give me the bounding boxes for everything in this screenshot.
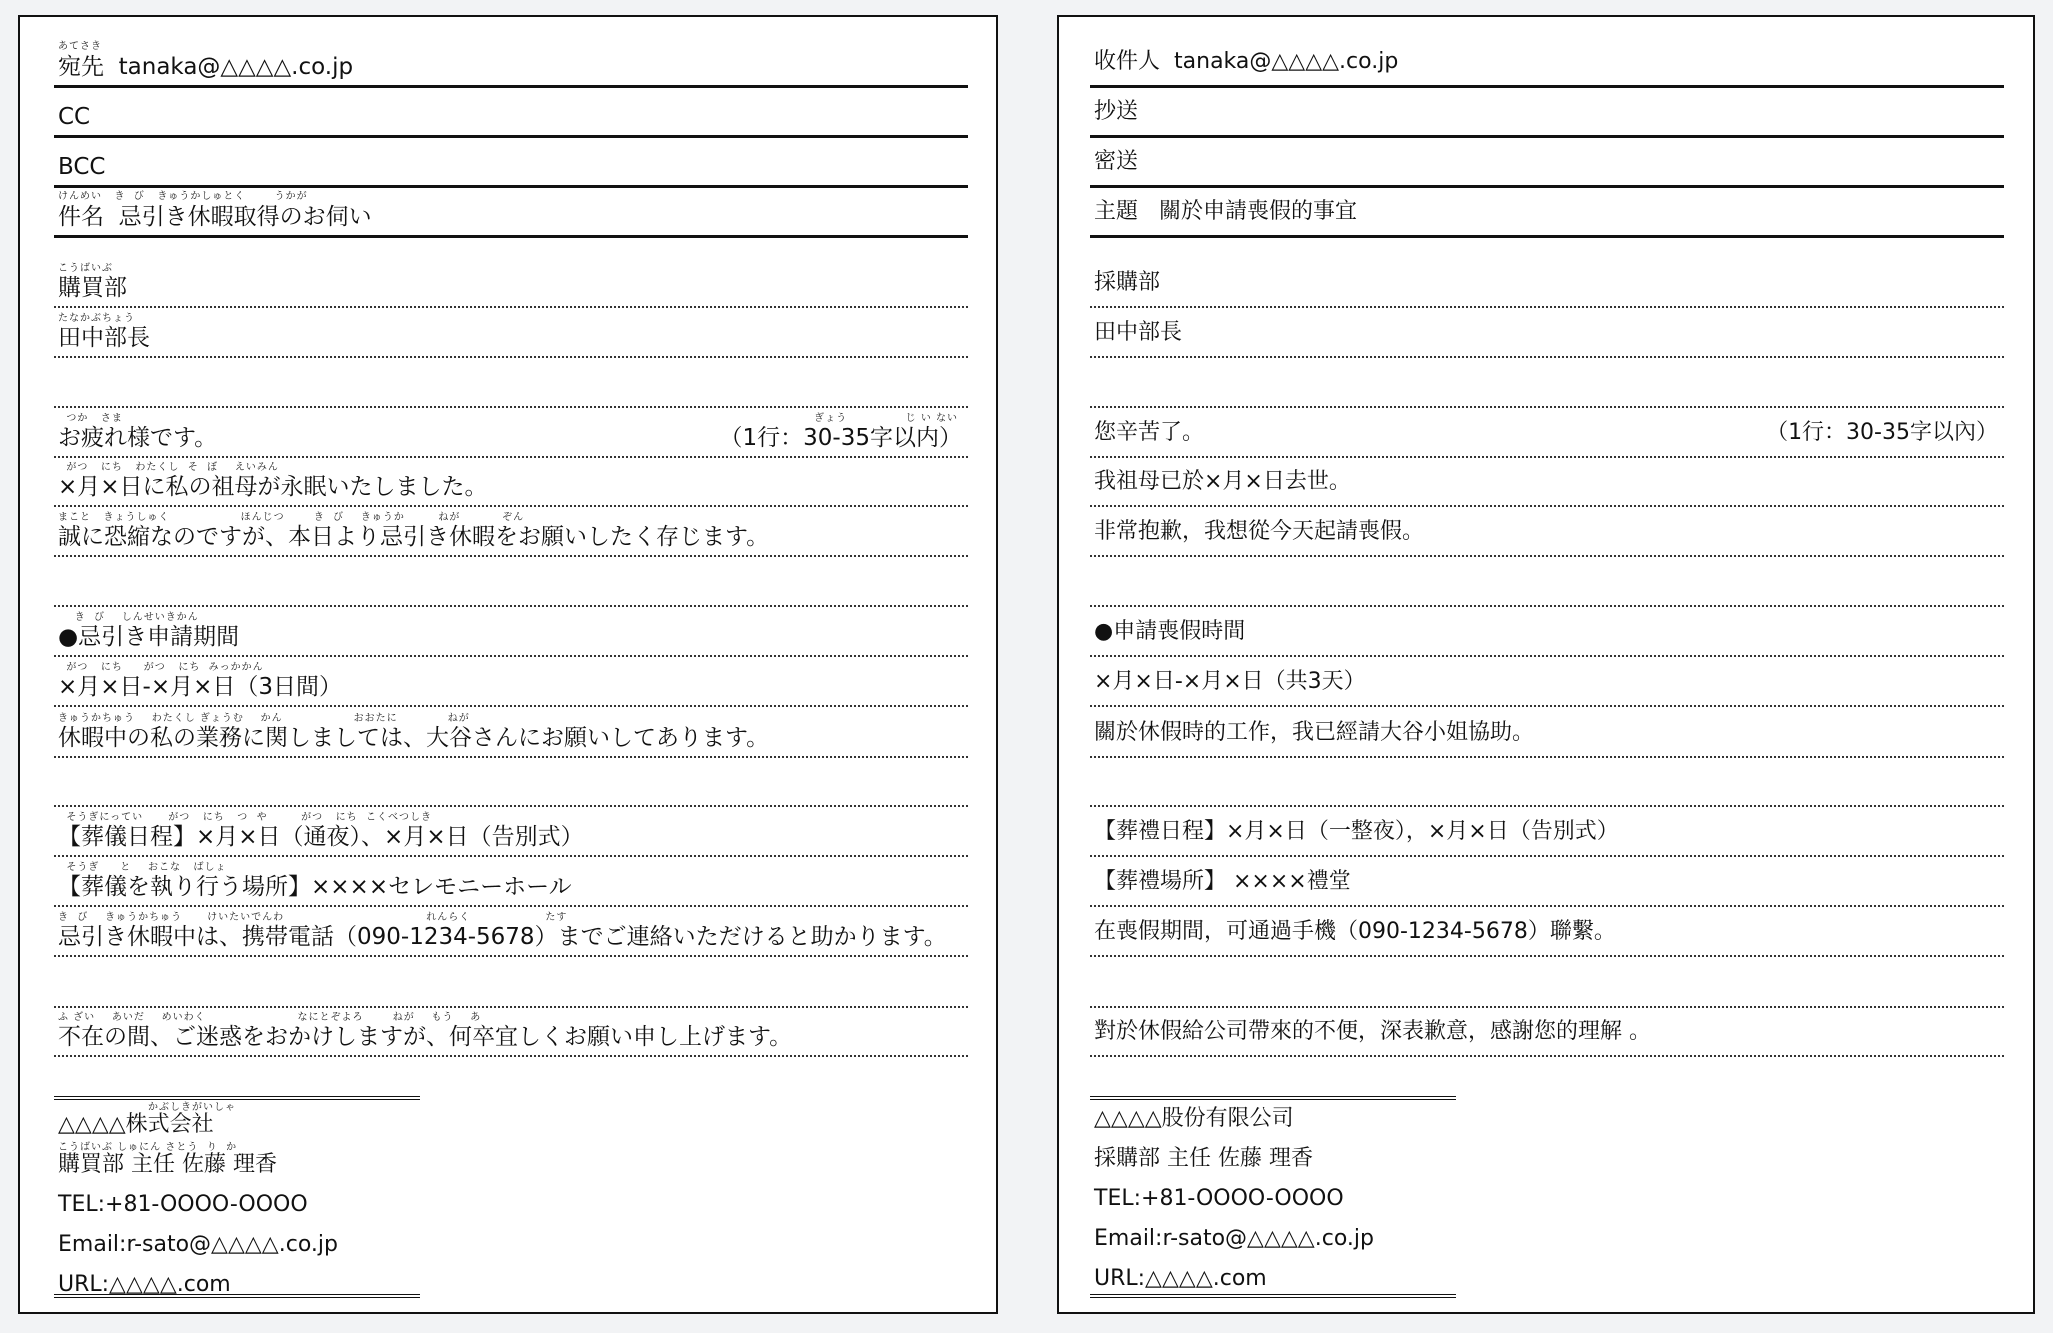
- body-text: 【葬禮日程】×月×日（一整夜），×月×日（告別式）: [1094, 819, 1619, 845]
- section-heading-leave-period: ●忌引き申請期間: [58, 624, 239, 650]
- bcc-field-row: BCC: [54, 138, 968, 188]
- body-line-8: ●申請喪假時間: [1090, 607, 2004, 657]
- body-line-8: き び しんせいきかん ●忌引き申請期間: [54, 607, 968, 657]
- to-value: tanaka@△△△△.co.jp: [1174, 49, 1398, 74]
- signature-company: △△△△株式会社: [58, 1112, 214, 1138]
- body-ruby: こうばいぶ: [58, 263, 113, 274]
- japanese-email-template: あてさき 宛先 tanaka@△△△△.co.jp CC BCC けんめい き …: [18, 15, 998, 1314]
- body-text: 【葬儀日程】×月×日（通夜）、×月×日（告別式）: [58, 824, 584, 850]
- body-text: ×月×日-×月×日（3日間）: [58, 674, 342, 700]
- body-ruby: き び きゅうかちゅう けいたいでんわ れんらく たす: [58, 912, 567, 923]
- chinese-email-template: 收件人 tanaka@△△△△.co.jp 抄送 密送 主題 關於申請喪假的事宜…: [1057, 15, 2035, 1314]
- body-line-10: 關於休假時的工作，我已經請大谷小姐協助。: [1090, 708, 2004, 758]
- body-text: 在喪假期間，可通過手機（090-1234-5678）聯繫。: [1094, 919, 1616, 945]
- bcc-label: BCC: [58, 154, 106, 180]
- line-limit-note: （1行：30-35字以内）: [720, 425, 962, 451]
- body-line-1: 採購部: [1090, 258, 2004, 308]
- body-line-10: きゅうかちゅう わたくし ぎょうむ かん おおたに ねが 休暇中の私の業務に関し…: [54, 708, 968, 758]
- signature-tel: TEL:+81-OOOO-OOOO: [1094, 1186, 1344, 1212]
- body-text: お疲れ様です。: [58, 425, 217, 451]
- body-text: 不在の間、ご迷惑をおかけしますが、何卒宜しくお願い申し上げます。: [58, 1024, 792, 1050]
- body-line-9: がつ にち がつ にち みっかかん ×月×日-×月×日（3日間）: [54, 657, 968, 707]
- body-line-13: 【葬禮場所】 ××××禮堂: [1090, 857, 2004, 907]
- signature-name: 購買部 主任 佐藤 理香: [58, 1152, 277, 1178]
- body-line-13: そうぎ と おこな ばしょ 【葬儀を執り行う場所】××××セレモニーホール: [54, 857, 968, 907]
- line-limit-note-ruby: ぎょう じ い ない: [814, 413, 958, 424]
- body-text: 我祖母已於×月×日去世。: [1094, 469, 1351, 495]
- body-text: 【葬儀を執り行う場所】××××セレモニーホール: [58, 874, 572, 900]
- body-line-11: [54, 757, 968, 807]
- body-line-5: がつ にち わたくし そ ぼ えいみん ×月×日に私の祖母が永眠いたしました。: [54, 457, 968, 507]
- section-heading-leave-period: ●申請喪假時間: [1094, 619, 1245, 645]
- body-text: 誠に恐縮なのですが、本日より忌引き休暇をお願いしたく存じます。: [58, 524, 769, 550]
- body-line-7: [54, 557, 968, 607]
- signature-block: △△△△股份有限公司 採購部 主任 佐藤 理香 TEL:+81-OOOO-OOO…: [1090, 1096, 1456, 1298]
- body-line-7: [1090, 557, 2004, 607]
- signature-name: 採購部 主任 佐藤 理香: [1094, 1146, 1313, 1172]
- body-line-15: [54, 958, 968, 1008]
- body-line-16: 對於休假給公司帶來的不便，深表歉意，感謝您的理解 。: [1090, 1007, 2004, 1057]
- subject-field-row: 主題 關於申請喪假的事宜: [1090, 188, 2004, 238]
- subject-label: 件名: [58, 204, 104, 230]
- cc-label: CC: [58, 104, 90, 130]
- body-line-14: 在喪假期間，可通過手機（090-1234-5678）聯繫。: [1090, 907, 2004, 957]
- to-label-ruby: あてさき: [58, 41, 102, 52]
- body-text: 休暇中の私の業務に関しましては、大谷さんにお願いしてあります。: [58, 725, 769, 751]
- body-ruby: つか さま: [58, 413, 123, 424]
- body-text: 關於休假時的工作，我已經請大谷小姐協助。: [1094, 720, 1534, 746]
- signature-url: URL:△△△△.com: [58, 1272, 231, 1298]
- body-text: 您辛苦了。: [1094, 420, 1204, 446]
- body-line-12: そうぎにってい がつ にち つ や がつ にち こくべつしき 【葬儀日程】×月×…: [54, 807, 968, 857]
- to-label: 宛先: [58, 54, 104, 80]
- signature-company: △△△△股份有限公司: [1094, 1106, 1294, 1132]
- body-ruby: そうぎにってい がつ にち つ や がつ にち こくべつしき: [58, 812, 432, 823]
- body-text: ×月×日に私の祖母が永眠いたしました。: [58, 474, 488, 500]
- body-line-16: ふ ざい あいだ めいわく なにとぞよろ ねが もう あ 不在の間、ご迷惑をおか…: [54, 1007, 968, 1057]
- bcc-label: 密送: [1094, 149, 1138, 175]
- signature-tel: TEL:+81-OOOO-OOOO: [58, 1192, 308, 1218]
- body-line-4: 您辛苦了。 （1行：30-35字以內）: [1090, 408, 2004, 458]
- body-text: 田中部長: [1094, 320, 1182, 346]
- subject-value: 關於申請喪假的事宜: [1159, 199, 1357, 224]
- subject-field: 主題 關於申請喪假的事宜: [1094, 199, 1357, 225]
- subject-label: 主題: [1094, 199, 1138, 224]
- body-line-2: たなかぶちょう 田中部長: [54, 308, 968, 358]
- body-text: 非常抱歉，我想從今天起請喪假。: [1094, 519, 1424, 545]
- body-ruby: たなかぶちょう: [58, 313, 135, 324]
- body-line-4: つか さま お疲れ様です。 ぎょう じ い ない （1行：30-35字以内）: [54, 408, 968, 458]
- to-field: 收件人 tanaka@△△△△.co.jp: [1094, 49, 1398, 75]
- body-ruby: まこと きょうしゅく ほんじつ き び きゅうか ねが ぞん: [58, 512, 524, 523]
- subject-field: 件名 忌引き休暇取得のお伺い: [58, 204, 372, 230]
- body-line-1: こうばいぶ 購買部: [54, 258, 968, 308]
- body-ruby: がつ にち わたくし そ ぼ えいみん: [58, 462, 279, 473]
- body-text: 購買部: [58, 275, 127, 301]
- to-label: 收件人: [1094, 49, 1160, 74]
- body-line-15: [1090, 958, 2004, 1008]
- to-value: tanaka@△△△△.co.jp: [119, 54, 353, 80]
- bcc-field-row: 密送: [1090, 138, 2004, 188]
- body-line-12: 【葬禮日程】×月×日（一整夜），×月×日（告別式）: [1090, 807, 2004, 857]
- subject-field-row: けんめい き び きゅうかしゅとく うかが 件名 忌引き休暇取得のお伺い: [54, 188, 968, 238]
- body-ruby: き び しんせいきかん: [58, 612, 199, 623]
- body-text: 對於休假給公司帶來的不便，深表歉意，感謝您的理解 。: [1094, 1019, 1651, 1045]
- signature-block: かぶしきがいしゃ △△△△株式会社 こうばいぶ しゅにん さとう り か 購買部…: [54, 1096, 420, 1298]
- body-line-5: 我祖母已於×月×日去世。: [1090, 457, 2004, 507]
- body-line-2: 田中部長: [1090, 308, 2004, 358]
- subject-value: 忌引き休暇取得のお伺い: [119, 204, 372, 230]
- body-line-9: ×月×日-×月×日（共3天）: [1090, 657, 2004, 707]
- body-text: 忌引き休暇中は、携帯電話（090-1234-5678）までご連絡いただけると助か…: [58, 924, 947, 950]
- body-text: 田中部長: [58, 325, 150, 351]
- body-text: 【葬禮場所】 ××××禮堂: [1094, 869, 1351, 895]
- to-field-row: あてさき 宛先 tanaka@△△△△.co.jp: [54, 38, 968, 88]
- signature-url: URL:△△△△.com: [1094, 1266, 1267, 1292]
- signature-email: Email:r-sato@△△△△.co.jp: [1094, 1226, 1374, 1252]
- body-text: 採購部: [1094, 270, 1160, 296]
- body-line-3: [1090, 358, 2004, 408]
- body-ruby: がつ にち がつ にち みっかかん: [58, 662, 264, 673]
- body-ruby: ふ ざい あいだ めいわく なにとぞよろ ねが もう あ: [58, 1012, 481, 1023]
- body-text: ×月×日-×月×日（共3天）: [1094, 669, 1366, 695]
- body-line-6: 非常抱歉，我想從今天起請喪假。: [1090, 507, 2004, 557]
- cc-label: 抄送: [1094, 99, 1138, 125]
- cc-field-row: 抄送: [1090, 88, 2004, 138]
- cc-field-row: CC: [54, 88, 968, 138]
- body-line-6: まこと きょうしゅく ほんじつ き び きゅうか ねが ぞん 誠に恐縮なのですが…: [54, 507, 968, 557]
- body-ruby: そうぎ と おこな ばしょ: [58, 862, 227, 873]
- body-line-11: [1090, 757, 2004, 807]
- to-field-row: 收件人 tanaka@△△△△.co.jp: [1090, 38, 2004, 88]
- body-line-3: [54, 358, 968, 408]
- signature-email: Email:r-sato@△△△△.co.jp: [58, 1232, 338, 1258]
- subject-ruby: けんめい き び きゅうかしゅとく うかが: [58, 191, 308, 202]
- line-limit-note: （1行：30-35字以內）: [1766, 420, 1998, 446]
- to-field: 宛先 tanaka@△△△△.co.jp: [58, 54, 353, 80]
- body-line-14: き び きゅうかちゅう けいたいでんわ れんらく たす 忌引き休暇中は、携帯電話…: [54, 907, 968, 957]
- body-ruby: きゅうかちゅう わたくし ぎょうむ かん おおたに ねが: [58, 713, 470, 724]
